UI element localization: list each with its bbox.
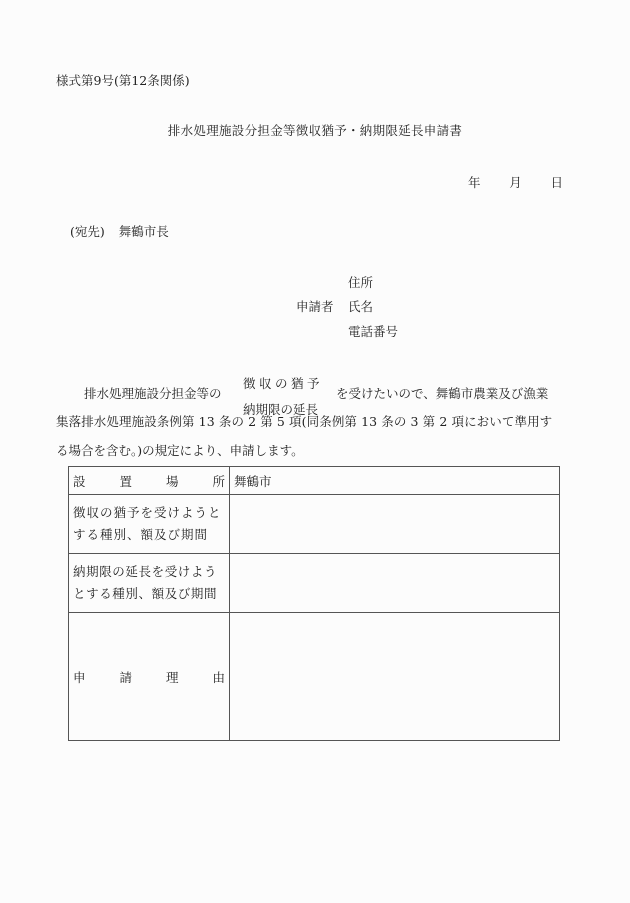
- label-line: とする種別、額及び期間: [73, 583, 225, 605]
- value-installation-location[interactable]: 舞鶴市: [230, 467, 560, 495]
- applicant-name-label: 氏名: [348, 297, 373, 315]
- label-line: 納期限の延長を受けよう: [73, 561, 225, 583]
- date-day-label: 日: [550, 173, 563, 191]
- label-deferral-details: 徴収の猶予を受けようと する種別、額及び期間: [69, 495, 230, 554]
- label-char: 場: [166, 472, 179, 490]
- value-deferral-details[interactable]: [230, 495, 560, 554]
- applicant-address-label: 住所: [348, 273, 373, 291]
- addressee-prefix: (宛先): [70, 224, 105, 239]
- label-application-reason: 申 請 理 由: [69, 613, 230, 741]
- body-line-2: 集落排水処理施設条例第 13 条の 2 第 5 項(同条例第 13 条の 3 第…: [56, 412, 552, 430]
- table-row-reason: 申 請 理 由: [69, 613, 560, 741]
- option-collection-deferral: 徴収の猶予: [243, 371, 323, 397]
- addressee-name: 舞鶴市長: [119, 224, 169, 239]
- body-line-3: る場合を含む。)の規定により、申請します。: [56, 441, 304, 459]
- label-line: する種別、額及び期間: [73, 524, 225, 546]
- label-installation-location: 設 置 場 所: [69, 467, 230, 495]
- body-after-text: を受けたいので、舞鶴市農業及び漁業: [336, 384, 548, 402]
- label-char: 由: [212, 668, 225, 686]
- addressee: (宛先)舞鶴市長: [70, 222, 169, 240]
- table-row-deferral: 徴収の猶予を受けようと する種別、額及び期間: [69, 495, 560, 554]
- form-number: 様式第9号(第12条関係): [56, 71, 190, 89]
- application-table: 設 置 場 所 舞鶴市 徴収の猶予を受けようと する種別、額及び期間 納期限の延…: [68, 466, 560, 741]
- table-row-location: 設 置 場 所 舞鶴市: [69, 467, 560, 495]
- label-char: 所: [212, 472, 225, 490]
- document-title: 排水処理施設分担金等徴収猶予・納期限延長申請書: [0, 121, 630, 139]
- date-year-label: 年: [468, 173, 481, 191]
- label-char: 置: [119, 472, 132, 490]
- date-month-label: 月: [509, 173, 522, 191]
- label-char: 設: [73, 472, 86, 490]
- date-field: 年 月 日: [468, 173, 563, 191]
- table-row-extension: 納期限の延長を受けよう とする種別、額及び期間: [69, 554, 560, 613]
- label-extension-details: 納期限の延長を受けよう とする種別、額及び期間: [69, 554, 230, 613]
- label-char: 請: [119, 668, 132, 686]
- applicant-label: 申請者: [296, 297, 334, 315]
- value-application-reason[interactable]: [230, 613, 560, 741]
- label-char: 理: [166, 668, 179, 686]
- value-extension-details[interactable]: [230, 554, 560, 613]
- label-char: 申: [73, 668, 86, 686]
- label-line: 徴収の猶予を受けようと: [73, 502, 225, 524]
- body-lead-text: 排水処理施設分担金等の: [84, 384, 222, 402]
- applicant-phone-label: 電話番号: [348, 322, 398, 340]
